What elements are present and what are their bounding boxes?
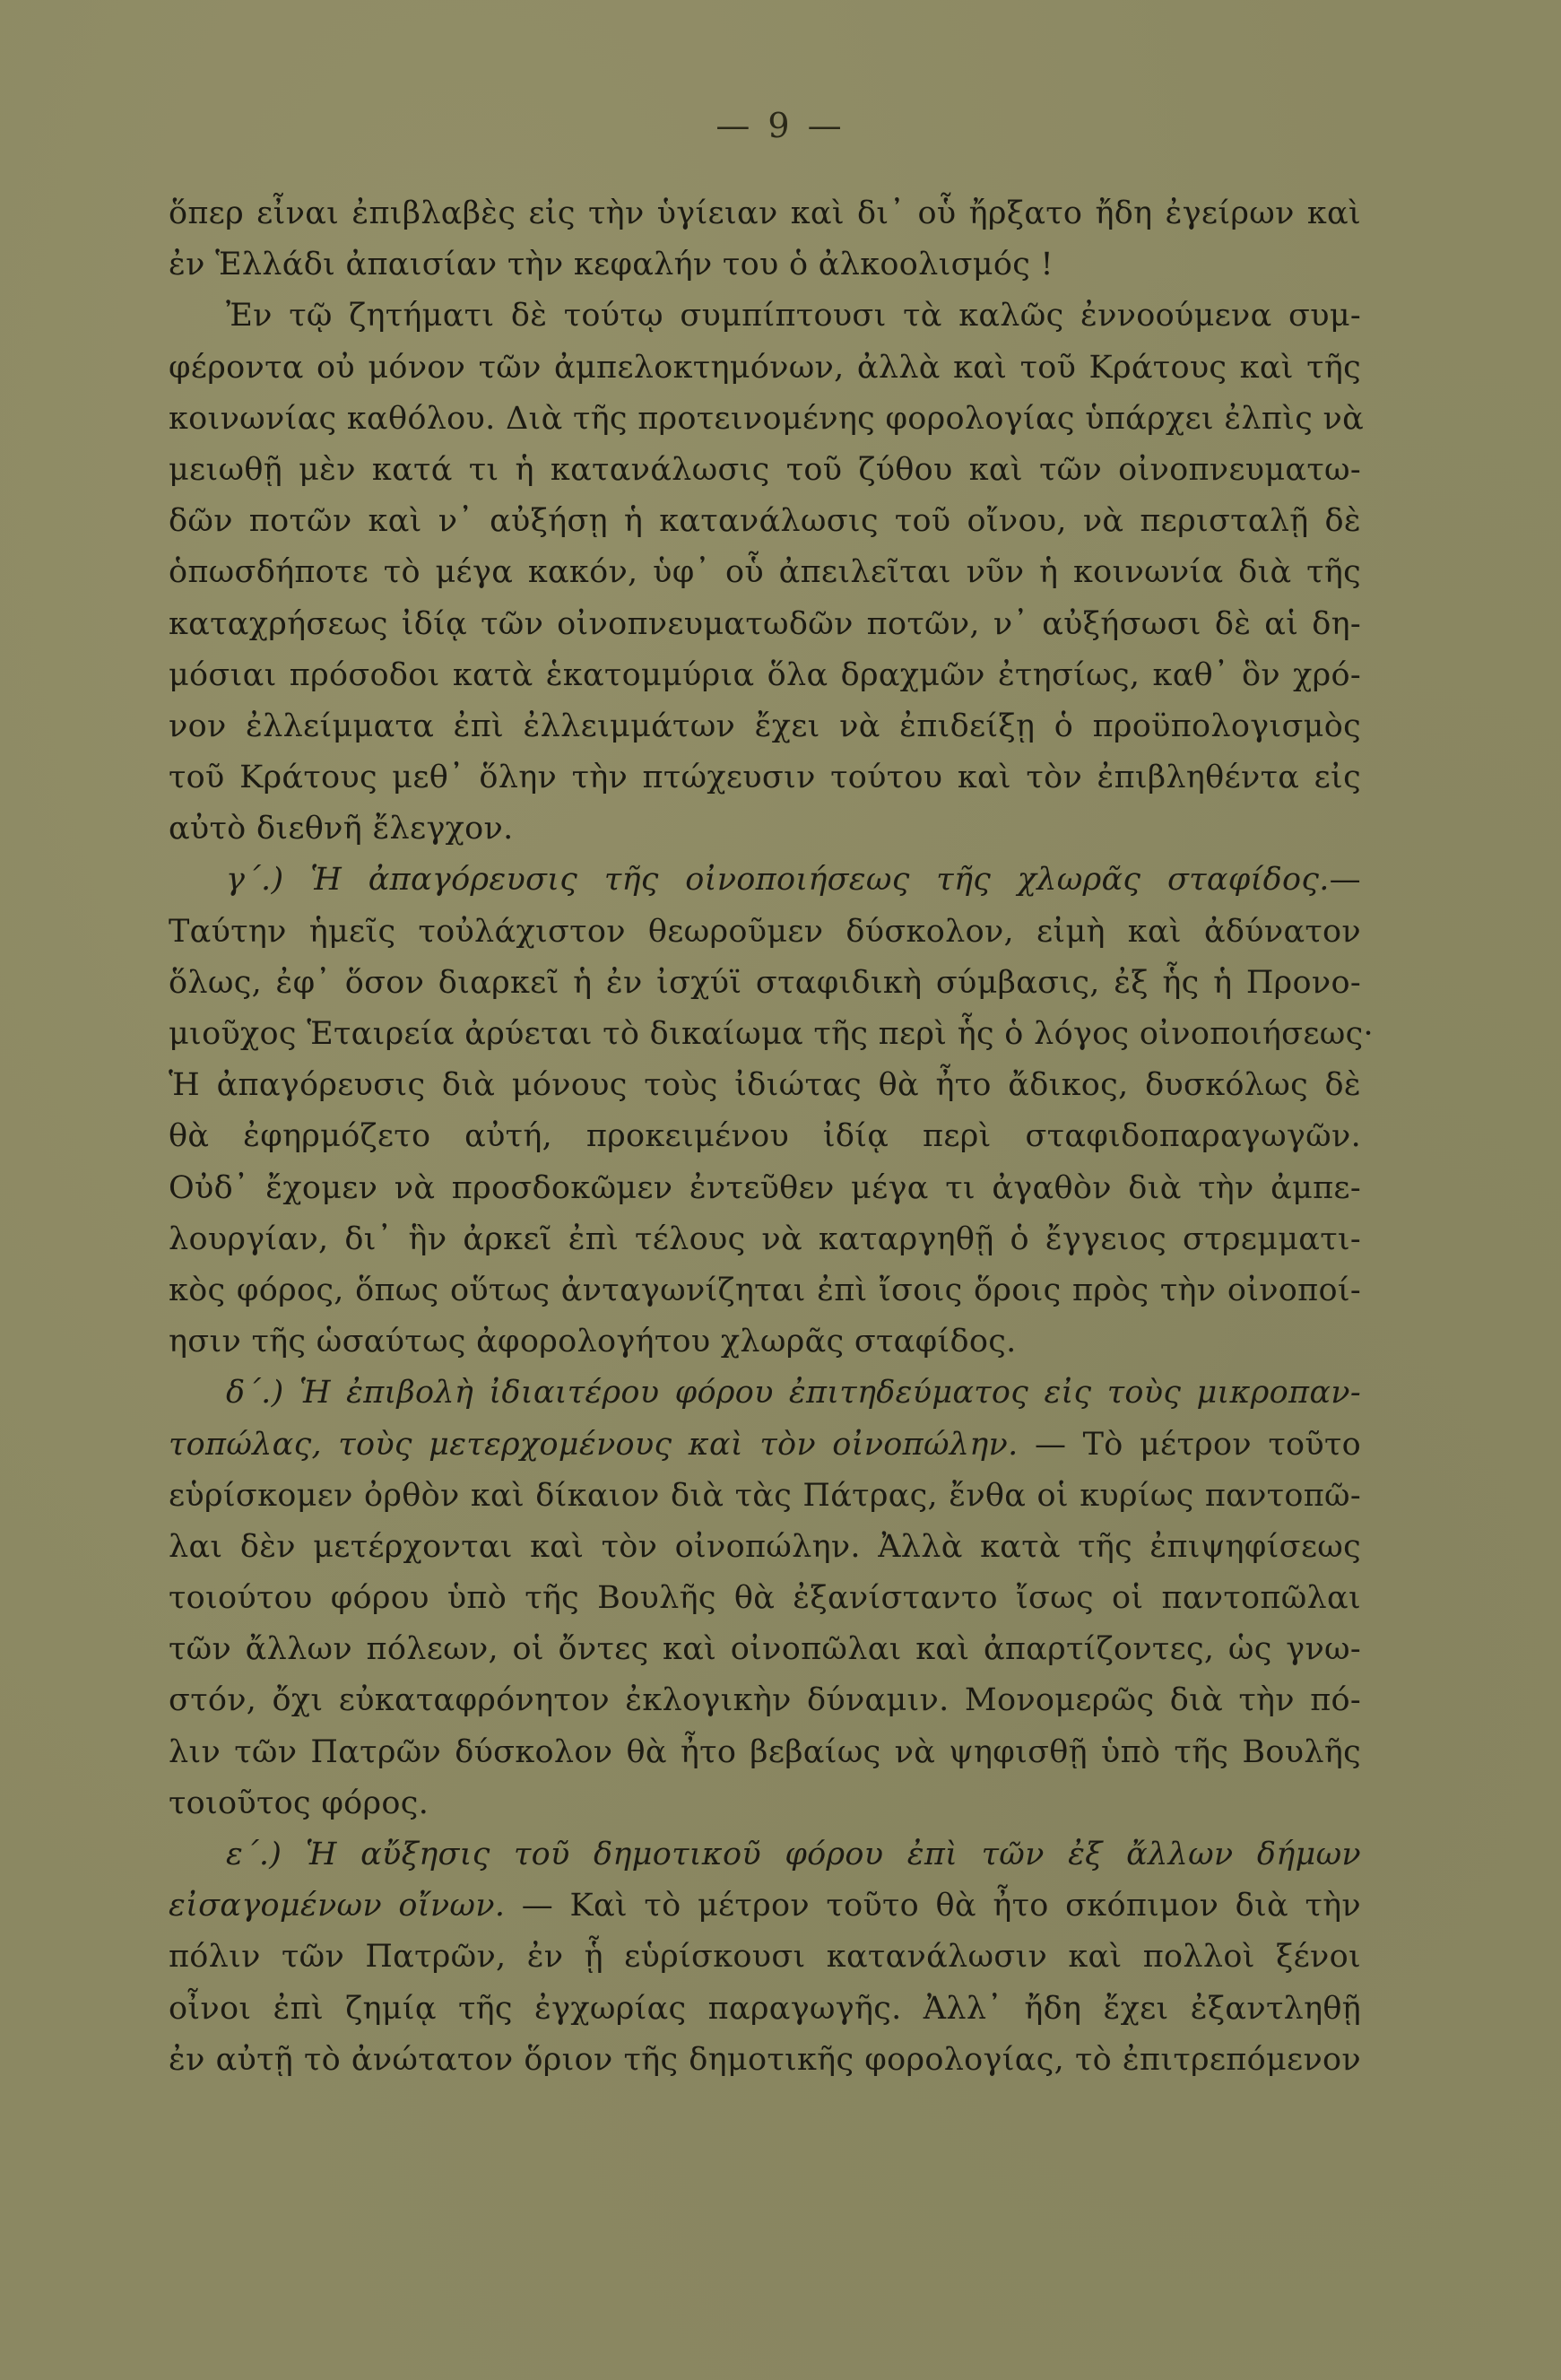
text-line: καταχρήσεως ἰδίᾳ τῶν οἰνοπνευματωδῶν ποτ…: [169, 599, 1361, 650]
text-line: λιν τῶν Πατρῶν δύσκολον θὰ ἦτο βεβαίως ν…: [169, 1727, 1361, 1778]
text-line: εἰσαγομένων οἴνων. — Καὶ τὸ μέτρον τοῦτο…: [169, 1881, 1361, 1932]
section-heading-delta: δ΄.) Ἡ ἐπιβολὴ ἰδιαιτέρου φόρου ἐπιτηδεύ…: [169, 1368, 1361, 1419]
text-line: λαι δὲν μετέρχονται καὶ τὸν οἰνοπώλην. Ἀ…: [169, 1522, 1361, 1573]
text-line: ὅπερ εἶναι ἐπιβλαβὲς εἰς τὴν ὑγίειαν καὶ…: [169, 188, 1361, 239]
text-line: ἐν αὐτῇ τὸ ἀνώτατον ὅριον τῆς δημοτικῆς …: [169, 2035, 1361, 2086]
text-line: εὑρίσκομεν ὀρθὸν καὶ δίκαιον διὰ τὰς Πάτ…: [169, 1471, 1361, 1522]
text-line: Ἡ ἀπαγόρευσις διὰ μόνους τοὺς ἰδιώτας θὰ…: [169, 1060, 1361, 1111]
text-line: στόν, ὄχι εὐκαταφρόνητον ἐκλογικὴν δύναμ…: [169, 1675, 1361, 1726]
text-line: τοῦ Κράτους μεθ᾽ ὅλην τὴν πτώχευσιν τούτ…: [169, 752, 1361, 803]
text-line: οἶνοι ἐπὶ ζημίᾳ τῆς ἐγχωρίας παραγωγῆς. …: [169, 1984, 1361, 2035]
section-title: τοπώλας, τοὺς μετερχομένους καὶ τὸν οἰνο…: [169, 1427, 1019, 1463]
text-line: τῶν ἄλλων πόλεων, οἱ ὄντες καὶ οἰνοπῶλαι…: [169, 1624, 1361, 1675]
text-line: Οὐδ᾽ ἔχομεν νὰ προσδοκῶμεν ἐντεῦθεν μέγα…: [169, 1163, 1361, 1214]
text-line: ὅλως, ἐφ᾽ ὅσον διαρκεῖ ἡ ἐν ἰσχύϊ σταφιδ…: [169, 958, 1361, 1009]
text-line: Ταύτην ἡμεῖς τοὐλάχιστον θεωροῦμεν δύσκο…: [169, 907, 1361, 958]
section-heading-epsilon: ε΄.) Ἡ αὔξησις τοῦ δημοτικοῦ φόρου ἐπὶ τ…: [169, 1829, 1361, 1881]
text-line: κοινωνίας καθόλου. Διὰ τῆς προτεινομένης…: [169, 394, 1361, 445]
page-number: — 9 —: [0, 106, 1561, 145]
scanned-page: — 9 — ὅπερ εἶναι ἐπιβλαβὲς εἰς τὴν ὑγίει…: [0, 0, 1561, 2380]
body-text: ὅπερ εἶναι ἐπιβλαβὲς εἰς τὴν ὑγίειαν καὶ…: [169, 188, 1361, 2086]
text-line: φέροντα οὐ μόνον τῶν ἀμπελοκτημόνων, ἀλλ…: [169, 343, 1361, 394]
text-line: τοπώλας, τοὺς μετερχομένους καὶ τὸν οἰνο…: [169, 1420, 1361, 1471]
section-label: γ΄.): [226, 862, 283, 898]
text-line: ὁπωσδήποτε τὸ μέγα κακόν, ὑφ᾽ οὗ ἀπειλεῖ…: [169, 547, 1361, 598]
text-line: μόσιαι πρόσοδοι κατὰ ἑκατομμύρια ὅλα δρα…: [169, 650, 1361, 701]
text-line: τοιοῦτος φόρος.: [169, 1778, 1361, 1829]
text-line: μιοῦχος Ἑταιρεία ἀρύεται τὸ δικαίωμα τῆς…: [169, 1009, 1361, 1060]
section-title: Ἡ αὔξησις τοῦ δημοτικοῦ φόρου ἐπὶ τῶν ἐξ…: [306, 1837, 1361, 1872]
section-heading-gamma: γ΄.) Ἡ ἀπαγόρευσις τῆς οἰνοποιήσεως τῆς …: [169, 855, 1361, 906]
text-line: κὸς φόρος, ὅπως οὕτως ἀνταγωνίζηται ἐπὶ …: [169, 1265, 1361, 1316]
text-line: δῶν ποτῶν καὶ ν᾽ αὐξήσῃ ἡ κατανάλωσις το…: [169, 496, 1361, 547]
section-title: Ἡ ἐπιβολὴ ἰδιαιτέρου φόρου ἐπιτηδεύματος…: [299, 1375, 1361, 1411]
text-line: ησιν τῆς ὡσαύτως ἀφορολογήτου χλωρᾶς στα…: [169, 1316, 1361, 1368]
section-label: δ΄.): [226, 1375, 284, 1411]
text-line: πόλιν τῶν Πατρῶν, ἐν ᾗ εὑρίσκουσι κατανά…: [169, 1932, 1361, 1983]
text-line: ἐν Ἑλλάδι ἀπαισίαν τὴν κεφαλήν του ὁ ἀλκ…: [169, 239, 1361, 291]
section-title: Ἡ ἀπαγόρευσις τῆς οἰνοποιήσεως τῆς χλωρᾶ…: [310, 862, 1330, 898]
text-line: Ἐν τῷ ζητήματι δὲ τούτῳ συμπίπτουσι τὰ κ…: [169, 291, 1361, 342]
text-line: θὰ ἐφηρμόζετο αὐτή, προκειμένου ἰδίᾳ περ…: [169, 1111, 1361, 1162]
section-label: ε΄.): [226, 1837, 282, 1872]
section-title: εἰσαγομένων οἴνων.: [169, 1888, 505, 1924]
text-line: νον ἐλλείμματα ἐπὶ ἐλλειμμάτων ἔχει νὰ ἐ…: [169, 701, 1361, 752]
text-line: τοιούτου φόρου ὑπὸ τῆς Βουλῆς θὰ ἐξανίστ…: [169, 1573, 1361, 1624]
text-line: αὐτὸ διεθνῆ ἔλεγχον.: [169, 803, 1361, 855]
text-line: λουργίαν, δι᾽ ἣν ἀρκεῖ ἐπὶ τέλους νὰ κατ…: [169, 1214, 1361, 1265]
text-line: μειωθῇ μὲν κατά τι ἡ κατανάλωσις τοῦ ζύθ…: [169, 445, 1361, 496]
